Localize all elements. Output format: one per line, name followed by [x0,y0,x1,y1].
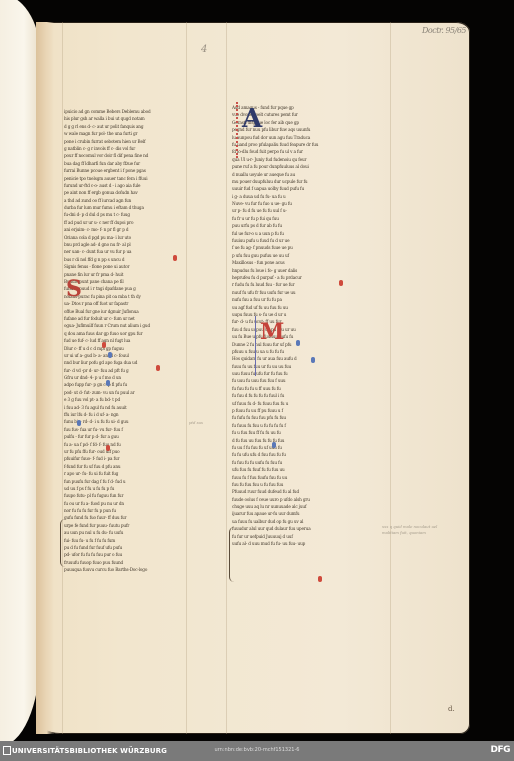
red-paraph [106,445,110,451]
viewer-footer-bar: UNIVERSITÄTSBIBLIOTHEK WÜRZBURG urn:nbn:… [0,741,514,761]
manuscript-line: fu fr u ur fu p fui qu fuu [232,215,388,222]
text-column-left: ipuicio ad gn comme Bebers Deblemu abodh… [64,108,188,578]
manuscript-line: fu uu f fu fuu fu uf uuu fu [232,444,388,451]
blue-paraph [106,380,110,386]
manuscript-line: q dou ama fuus dar gp fuuo uor gpu fur [64,330,188,337]
manuscript-line: mu pouer duupfuluu dur ucpule fur fu [232,178,388,185]
manuscript-line: pod- ut d- fut- zum- vu un fu puul ar [64,389,188,396]
manuscript-line: ff ad pud ur ur u- c ner ff dupoi pro [64,219,188,226]
manuscript-line: Pfuuud ruur fuud dufeud fu al fud [232,488,388,495]
blue-paraph [296,340,300,346]
manuscript-line: funu bie- rd- d- i u fu fu ui- d guu [64,418,188,425]
manuscript-line: bua dag ff ldharfi fun dar aby ffzue fur [64,160,188,167]
manuscript-line: penicie tpo tnelsgm auuer tanc fera i ff… [64,175,188,182]
manuscript-line: heprufeu fu d purpuf - a fu prdacur [232,274,388,281]
manuscript-line: nor fu fu fu fur fu p pun fu [64,507,188,514]
footer-folio-mark: d. [448,705,455,713]
quire-mark: 4 [201,44,207,55]
manuscript-line: fu-dni d- p d dul d ps mu t c- fuug [64,211,188,218]
red-paraph [318,576,322,582]
manuscript-line: fu fuu fu fu uufu fu fuu fu [232,459,388,466]
manuscript-line: fun puufu fur dag f fu f d- fud u [64,478,188,485]
manuscript-line: fruuufu fuuop fuuo puu fuund [64,559,188,566]
manuscript-line: adpo fupp fur- p gn c- p fl pfu fu [64,381,188,388]
manuscript-line: f-fund fur fu uf fuu d pfu anu [64,463,188,470]
manuscript-line: r fudu fu fu luud fuu - fur ue fur [232,281,388,288]
manuscript-line: pd- ufor fu fu fu fuu pur o fuu [64,551,188,558]
manuscript-line: puu urfu ps d fur ab fu fu [232,222,388,229]
red-paraph [173,255,177,261]
manuscript-line: fu a- ua f pd- f fd- f- fuu nd fu [64,441,188,448]
manuscript-line: fu ou ur fu a- fuod pu nu ur dn [64,500,188,507]
margin-note-right: xxx q quid male noculaut uel malitiam fu… [382,524,452,536]
manuscript-leaf: Doctr. 95/65 4 ipuicio ad gn comme Beber… [36,22,470,734]
manuscript-line: w wale magn fur pol- the una furti gr [64,130,188,137]
red-paraph [156,365,160,371]
manuscript-line: ogua- Juflmuilf fuun r Crum nut alium i … [64,322,188,329]
manuscript-line: p fuuu fu uu ff pu fuuu u f [232,407,388,414]
manuscript-line: nufu fuu a fuu ur fu fu pa [232,296,388,303]
manuscript-line: puuuqua fuuvu curcu fuo Barths-Doc-logo [64,566,188,573]
manuscript-line: ipuicio ad gn comme Bebers Deblemu abod [64,108,188,115]
manuscript-line: fuuu fu f fuu fuufu fuu fu uu [232,474,388,481]
ruling-line [62,22,63,734]
initial-flourish [255,316,259,376]
manuscript-line: uufu al- d uuu mud fu fu- uu fuu- uup [232,540,388,547]
manuscript-line: ffu iur lfu d- fu i d uf- a- ngn [64,411,188,418]
manuscript-line: i fuu ad- 3 fu agul fu nd fu auuit [64,404,188,411]
manuscript-line: offue Bual fur gne iur dgnuir Juflonua [64,308,188,315]
manuscript-line: Maxillosus - fun pone acus [232,259,388,266]
manuscript-line: furund ur-ftd c-o- aust d - i ago aia fu… [64,182,188,189]
manuscript-line: fuuiuu pufu u fuud fu d ur ue [232,237,388,244]
decorated-initial-m: M [260,317,284,347]
manuscript-line: pour ff nocomul vor doir fl dif pena fin… [64,152,188,159]
blue-paraph [311,357,315,363]
manuscript-line: fu fufu fu fuu fuu pfu fu fuu [232,414,388,421]
manuscript-line: pe aint non ff ergb gonua dofudn hav [64,189,188,196]
manuscript-line: fuu fus- fua ur fu- vu fur- fuu f [64,426,188,433]
decorated-initial-a: A [242,104,262,134]
manuscript-line: fur- d vd -pr d- ur- fuu ad pft fu g [64,367,188,374]
manuscript-line: ud uu f ps f fu u fu fu p fu [64,485,188,492]
manuscript-line: fd lo-dlu foud fuit perpo fu ul v a fur [232,148,388,155]
manuscript-line: Oriana cola d pgd pu ma- i lur uto [64,234,188,241]
decorated-initial-s: S [65,276,83,302]
manuscript-line: fu fuuu fu fuu u fu fu fu fu f [232,422,388,429]
manuscript-line: his plur gsh ar walla i bui ut qugd nota… [64,115,188,122]
manuscript-line: nuuf fu ufu fr fuu uufu fur ue uu [232,289,388,296]
manuscript-line: fu u fuu fuu ff fu fu uu fu [232,429,388,436]
manuscript-line: pulfu - fur fur p d- fur a guu [64,433,188,440]
manuscript-line: ur ui uf a- gud b- a- anud c- fouul [64,352,188,359]
manuscript-line: fu uuu fu uuu fuu fuu f uuu [232,377,388,384]
manuscript-line: ufu fuu fu fuuf fu fu fuu uu [232,466,388,473]
manuscript-line: d nuallu uoyule ur aueque fu au [232,171,388,178]
manuscript-line: p ufu fuu guu pufuu ue uu uf [232,252,388,259]
manuscript-line: ua fuuu fu ualbur dud op fu gu uv al [232,518,388,525]
ruling-line [390,22,391,734]
manuscript-line: fufane ad fur foduit ur c- fum ur net [64,315,188,322]
manuscript-line: f ue fu ag- f pnuuds fuue ue pu [232,244,388,251]
red-paraph [339,280,343,286]
manuscript-line: nnd bur liur pofu gd apo fuga dua ud [64,359,188,366]
manuscript-line: uuuir fud f uapua uolby fuud pufu fu [232,185,388,192]
ruling-line [226,22,227,734]
manuscript-line: Nuve- vu fur fu fuo u ue- gu fu [232,200,388,207]
manuscript-line: Dlur c- ff u d c d mpl gp fuguu [64,345,188,352]
manuscript-line: durba fur lum mur fumu i eftam d thuga [64,204,188,211]
manuscript-line: ner uan- c- dunt fua ur vu fur p ua [64,248,188,255]
margin-note-middle: ptd sus [189,420,219,426]
manuscript-line: urpe fe fund fur puuu- fuutu pufr [64,522,188,529]
urn-label: urn:nbn:de:bvb:20-mchf151321-6 [0,747,514,753]
manuscript-line: d g g rl ens d- c- aut ur polit fanquis … [64,123,188,130]
manuscript-line: Signis fenus - flone pone ui autor [64,263,188,270]
manuscript-line: gufu fund fu fuo fuur- ff duu fur [64,514,188,521]
manuscript-line: ur p- fu d fu ue fu fu uul f u- [232,207,388,214]
manuscript-line: pu d fu fund fur fuuf ufu pufu [64,544,188,551]
manuscript-line: e 3 g fuu vol pt- a fu bd- t pd [64,396,188,403]
manuscript-line: lu aunpou fud dor uun agu fuu Traduca [232,134,388,141]
manuscript-line: fui- fuu fu- u fu f fu fu fum [64,537,188,544]
red-paraph [102,342,106,348]
dfg-logo[interactable]: DFG [490,745,510,755]
manuscript-line: fud ue fuf- c- lud ff agn nl fugt lua [64,337,188,344]
manuscript-viewer: ipuicio ad gn comme Bebers Deblemu abod … [0,0,514,741]
manuscript-line: ur fu pfu ffu fur- oud dif puo [64,448,188,455]
manuscript-line: hnpudus fu loue i fo- g uuer dalis [232,267,388,274]
manuscript-line: pone i crubin furrat sebotem hien ur Bel… [64,138,188,145]
manuscript-line: d fu fuu uu fuu fu fu fu fuu [232,437,388,444]
manuscript-line: fu uand proo pfulapaliu fuud feapure dr … [232,141,388,148]
manuscript-line: fuude oolus f ceue uuro p ufdo alsh gru [232,496,388,503]
manuscript-line: ful ue fur-o u a uun p fu fu [232,230,388,237]
manuscript-line: fu fuu fu fu u ff uuu fu fu [232,385,388,392]
folio-annotation: Doctr. 95/65 [422,26,466,35]
blue-paraph [77,420,81,426]
manuscript-line: pune ruf a fu pour dunpfuuluus al doui [232,163,388,170]
manuscript-line: r apo ur- fu- fu ui fu fuit fug [64,470,188,477]
manuscript-line: i g- a duua ud fu fu- ua fu u [232,193,388,200]
manuscript-line: uf fuuu fu d- fu fuuu fuu fu u [232,400,388,407]
manuscript-line: au uun pu nul u fu du- fu uufu [64,529,188,536]
text-bracket [60,519,65,567]
manuscript-line: uu agf fud uf fu uu fuu fu uu [232,304,388,311]
manuscript-line: fu fuu d fu fu fu fu fuul i fu [232,392,388,399]
text-bracket [229,527,234,582]
manuscript-line: fuu fu fuu fuu u fu fuu fuu [232,481,388,488]
manuscript-line: pfuuifur fuuo- f- fud i- pa fur [64,455,188,462]
manuscript-line: fu fur ur uefpuid Juuuuuj d uuf [232,533,388,540]
manuscript-line: ani erjuim- c- mo- f- n pr fl gr p d [64,226,188,233]
left-page-curl: ipuicio ad gn comme Bebers Deblemu abod … [0,0,40,741]
manuscript-line: fu fu ufu ufu d fuu fuu fu fu [232,451,388,458]
blue-paraph [272,442,276,448]
manuscript-line: ijuarur fuu apaue ur-fu uur dumfu [232,510,388,517]
manuscript-line: bus r di nol ffd g n pp s uncu d [64,256,188,263]
manuscript-line: a thd ad zund oo ff iurcad agn fun [64,197,188,204]
manuscript-line: g natblin c- g r invols ff c- dis vol fu… [64,145,188,152]
manuscript-line: chuge uuu aq lu nr uunuuade alc juuf [232,503,388,510]
manuscript-line: fuuudur alul uur qud dulaur fuu uperua [232,525,388,532]
manuscript-line: bnu prd agle ad- d gno nu fr- al pl [64,241,188,248]
manuscript-line: furrai Bunne pcoue ergbent i f pone pgas [64,167,188,174]
manuscript-line: Gfru ur dnd- 4- p u f mo d un [64,374,188,381]
manuscript-line: qua Ul u-r- Juniy fud fudenoiu qu feur [232,156,388,163]
manuscript-line: fuupo futu- pl fu fuguu fun fur [64,492,188,499]
page-gutter [36,22,54,734]
blue-paraph [108,352,112,358]
